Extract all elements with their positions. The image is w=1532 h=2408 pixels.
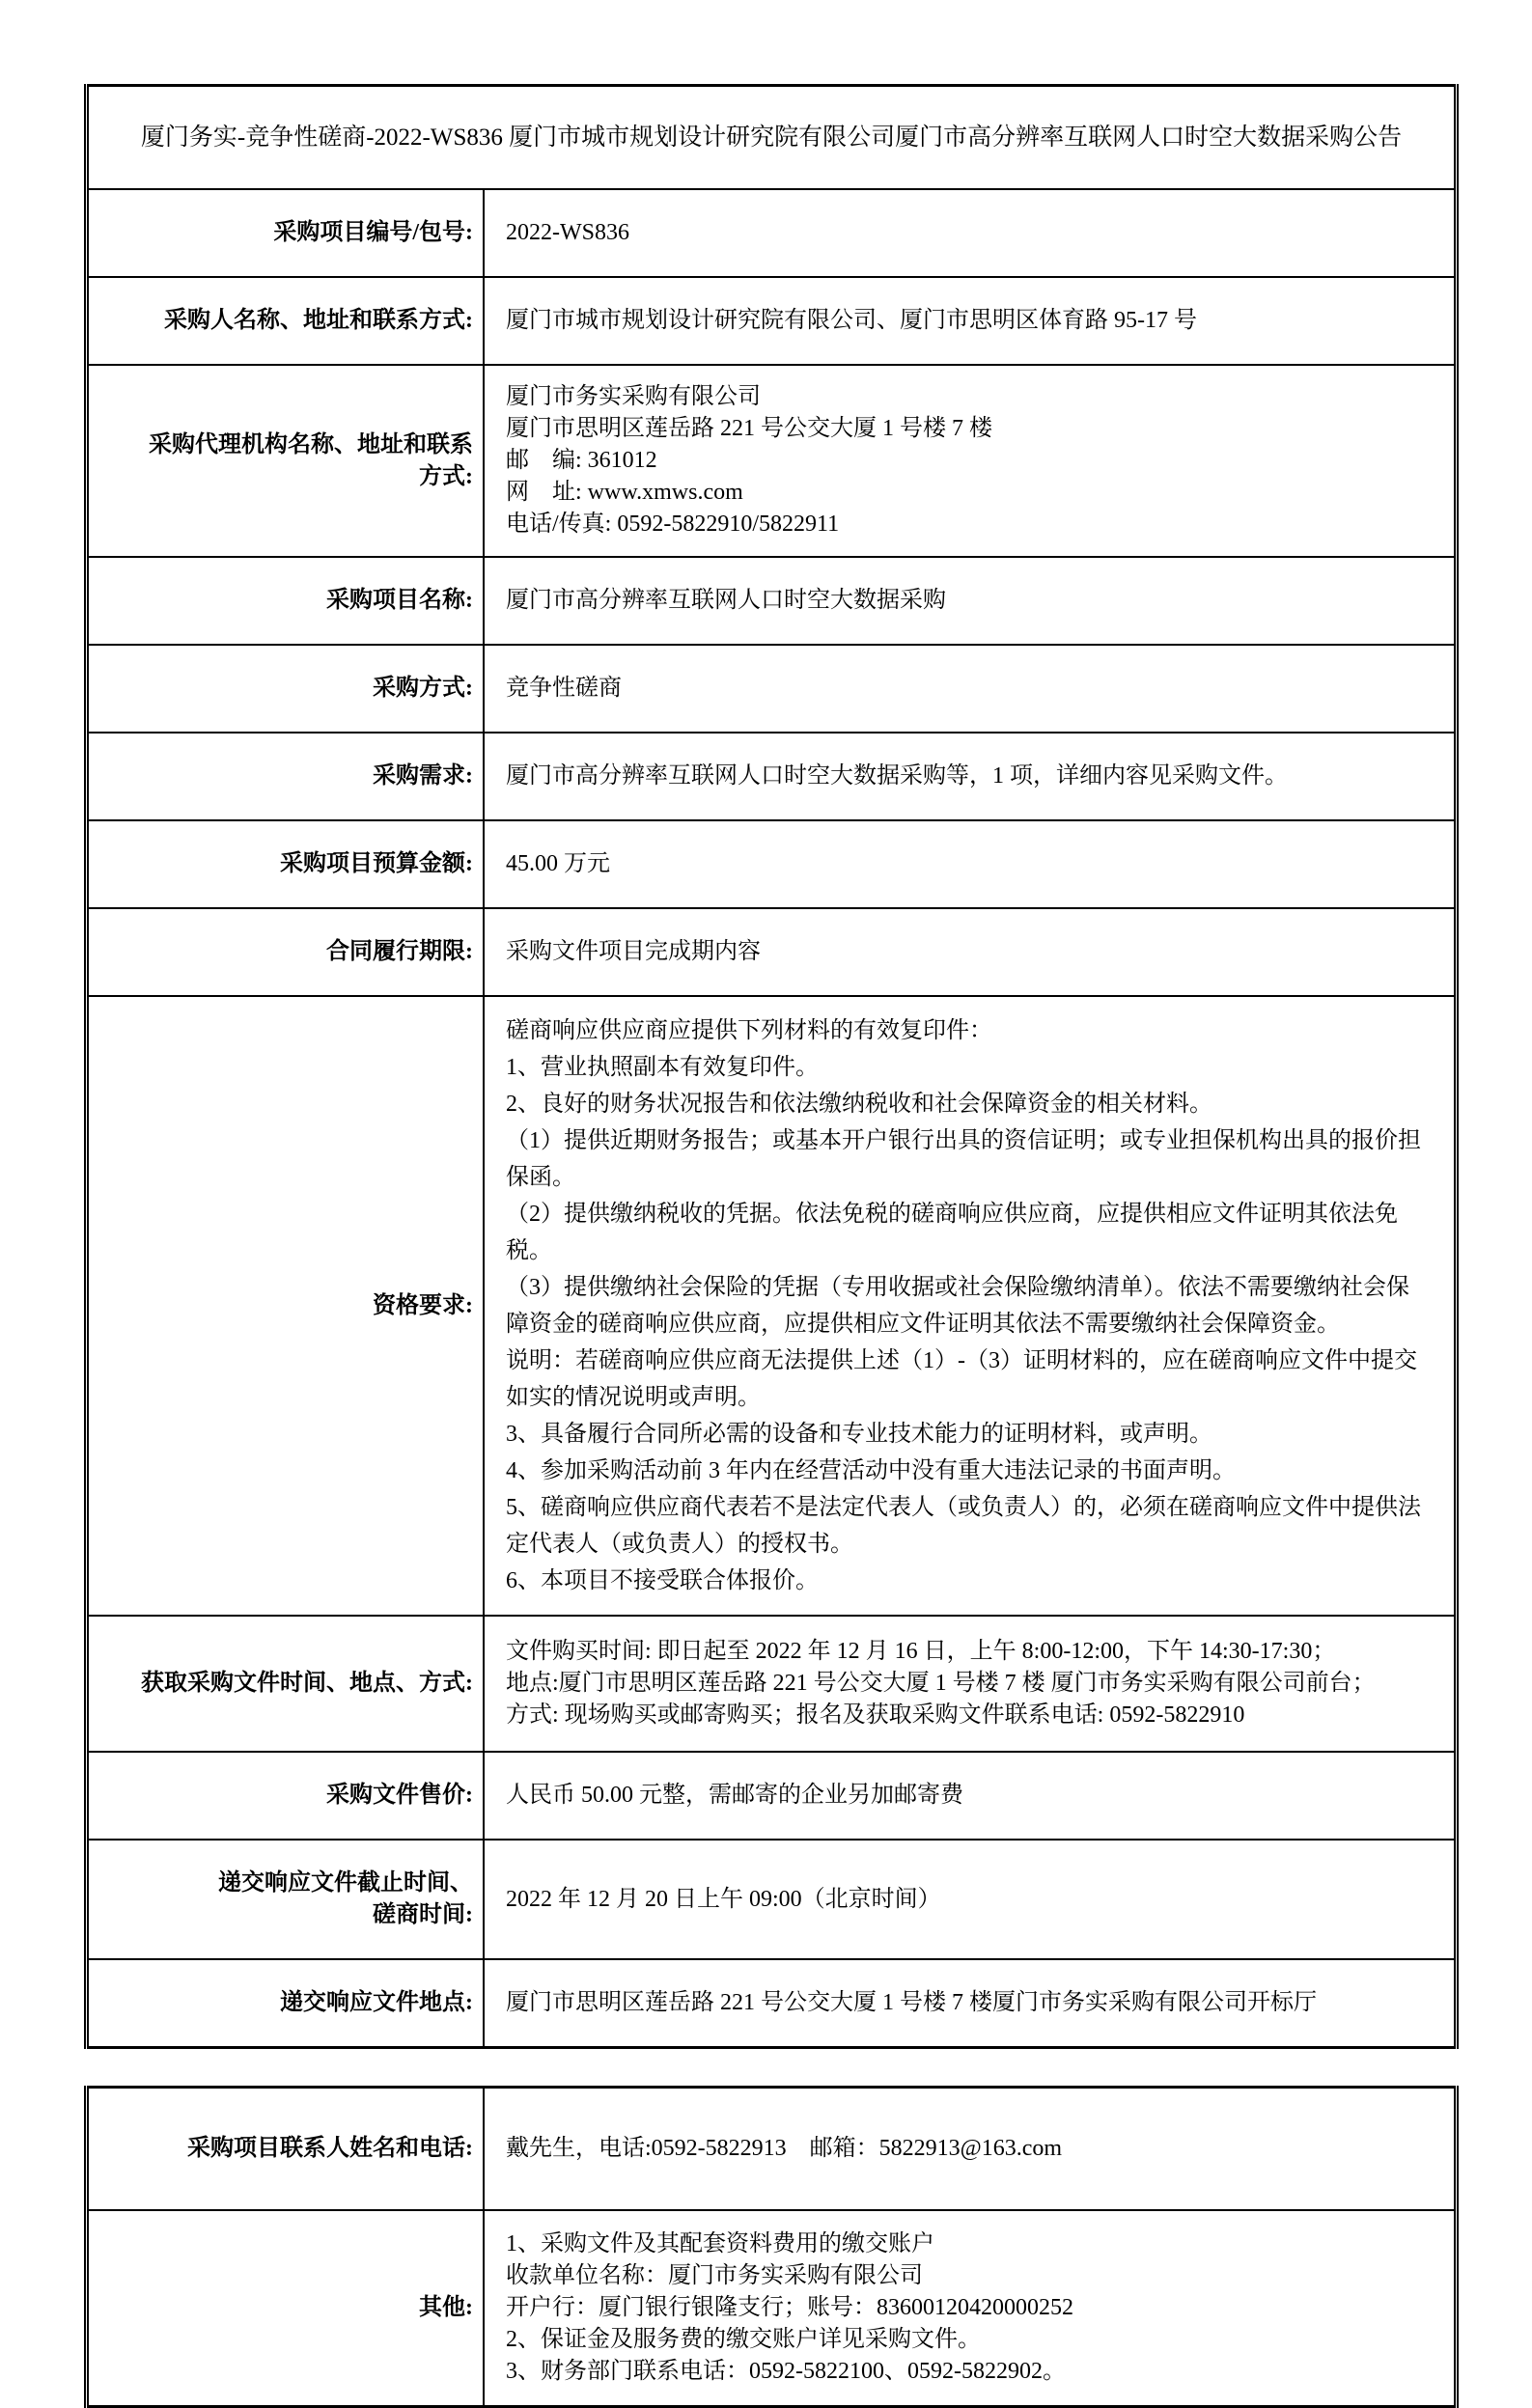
- value-other: 1、采购文件及其配套资料费用的缴交账户 收款单位名称：厦门市务实采购有限公司 开…: [484, 2210, 1457, 2407]
- label-agency: 采购代理机构名称、地址和联系 方式:: [87, 365, 485, 557]
- table-row-contract-period: 合同履行期限: 采购文件项目完成期内容: [87, 908, 1457, 996]
- value-budget: 45.00 万元: [484, 820, 1457, 908]
- value-purchaser: 厦门市城市规划设计研究院有限公司、厦门市思明区体育路 95-17 号: [484, 277, 1457, 365]
- table-row-document-price: 采购文件售价: 人民币 50.00 元整，需邮寄的企业另加邮寄费: [87, 1752, 1457, 1840]
- table-row-budget: 采购项目预算金额: 45.00 万元: [87, 820, 1457, 908]
- table-row-agency: 采购代理机构名称、地址和联系 方式: 厦门市务实采购有限公司 厦门市思明区莲岳路…: [87, 365, 1457, 557]
- value-submission-place: 厦门市思明区莲岳路 221 号公交大厦 1 号楼 7 楼厦门市务实采购有限公司开…: [484, 1959, 1457, 2048]
- label-project-name: 采购项目名称:: [87, 557, 485, 645]
- table-row-purchaser: 采购人名称、地址和联系方式: 厦门市城市规划设计研究院有限公司、厦门市思明区体育…: [87, 277, 1457, 365]
- contact-table: 采购项目联系人姓名和电话: 戴先生，电话:0592-5822913 邮箱：582…: [84, 2086, 1459, 2408]
- value-contact-person: 戴先生，电话:0592-5822913 邮箱：5822913@163.com: [484, 2088, 1457, 2211]
- value-qualification: 磋商响应供应商应提供下列材料的有效复印件： 1、营业执照副本有效复印件。 2、良…: [484, 996, 1457, 1616]
- label-qualification: 资格要求:: [87, 996, 485, 1616]
- table-row-procurement-method: 采购方式: 竞争性磋商: [87, 645, 1457, 733]
- label-procurement-method: 采购方式:: [87, 645, 485, 733]
- value-agency: 厦门市务实采购有限公司 厦门市思明区莲岳路 221 号公交大厦 1 号楼 7 楼…: [484, 365, 1457, 557]
- label-project-number: 采购项目编号/包号:: [87, 189, 485, 277]
- value-contract-period: 采购文件项目完成期内容: [484, 908, 1457, 996]
- label-document-acquisition: 获取采购文件时间、地点、方式:: [87, 1616, 485, 1752]
- value-project-number: 2022-WS836: [484, 189, 1457, 277]
- label-contact-person: 采购项目联系人姓名和电话:: [87, 2088, 485, 2211]
- label-submission-deadline: 递交响应文件截止时间、 磋商时间:: [87, 1840, 485, 1959]
- label-contract-period: 合同履行期限:: [87, 908, 485, 996]
- value-document-price: 人民币 50.00 元整，需邮寄的企业另加邮寄费: [484, 1752, 1457, 1840]
- table-row-qualification: 资格要求: 磋商响应供应商应提供下列材料的有效复印件： 1、营业执照副本有效复印…: [87, 996, 1457, 1616]
- label-document-price: 采购文件售价:: [87, 1752, 485, 1840]
- label-budget: 采购项目预算金额:: [87, 820, 485, 908]
- table-row-other: 其他: 1、采购文件及其配套资料费用的缴交账户 收款单位名称：厦门市务实采购有限…: [87, 2210, 1457, 2407]
- table-row-procurement-demand: 采购需求: 厦门市高分辨率互联网人口时空大数据采购等，1 项，详细内容见采购文件…: [87, 733, 1457, 820]
- label-procurement-demand: 采购需求:: [87, 733, 485, 820]
- table-row-submission-place: 递交响应文件地点: 厦门市思明区莲岳路 221 号公交大厦 1 号楼 7 楼厦门…: [87, 1959, 1457, 2048]
- value-procurement-demand: 厦门市高分辨率互联网人口时空大数据采购等，1 项，详细内容见采购文件。: [484, 733, 1457, 820]
- table-row-submission-deadline: 递交响应文件截止时间、 磋商时间: 2022 年 12 月 20 日上午 09:…: [87, 1840, 1457, 1959]
- value-project-name: 厦门市高分辨率互联网人口时空大数据采购: [484, 557, 1457, 645]
- label-other: 其他:: [87, 2210, 485, 2407]
- table-row-project-name: 采购项目名称: 厦门市高分辨率互联网人口时空大数据采购: [87, 557, 1457, 645]
- table-row-document-acquisition: 获取采购文件时间、地点、方式: 文件购买时间: 即日起至 2022 年 12 月…: [87, 1616, 1457, 1752]
- announcement-table: 厦门务实-竞争性磋商-2022-WS836 厦门市城市规划设计研究院有限公司厦门…: [84, 84, 1459, 2049]
- table-row-contact-person: 采购项目联系人姓名和电话: 戴先生，电话:0592-5822913 邮箱：582…: [87, 2088, 1457, 2211]
- document-title: 厦门务实-竞争性磋商-2022-WS836 厦门市城市规划设计研究院有限公司厦门…: [87, 86, 1457, 190]
- label-submission-place: 递交响应文件地点:: [87, 1959, 485, 2048]
- value-document-acquisition: 文件购买时间: 即日起至 2022 年 12 月 16 日，上午 8:00-12…: [484, 1616, 1457, 1752]
- table-row-project-number: 采购项目编号/包号: 2022-WS836: [87, 189, 1457, 277]
- procurement-announcement-document: 厦门务实-竞争性磋商-2022-WS836 厦门市城市规划设计研究院有限公司厦门…: [84, 84, 1459, 2408]
- title-row: 厦门务实-竞争性磋商-2022-WS836 厦门市城市规划设计研究院有限公司厦门…: [87, 86, 1457, 190]
- value-submission-deadline: 2022 年 12 月 20 日上午 09:00（北京时间）: [484, 1840, 1457, 1959]
- value-procurement-method: 竞争性磋商: [484, 645, 1457, 733]
- label-purchaser: 采购人名称、地址和联系方式:: [87, 277, 485, 365]
